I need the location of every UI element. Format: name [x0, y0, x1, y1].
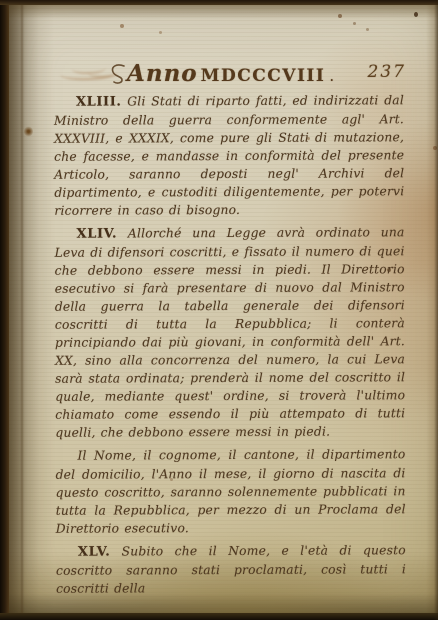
- article-xlv: XLV. Subito che il Nome, e l'età di ques…: [56, 541, 406, 598]
- article-number: XLIII.: [76, 94, 122, 109]
- foxing-spot: [366, 28, 369, 31]
- manuscript-photo: AnnoMDCCCVIII. 237 XLIII. Gli Stati di r…: [0, 0, 438, 620]
- foxing-spot: [414, 12, 418, 17]
- page-edge-top: [0, 0, 438, 5]
- book-binding: [0, 0, 9, 620]
- article-text: Allorché una Legge avrà ordinato una Lev…: [55, 225, 406, 440]
- article-number: XLV.: [78, 545, 111, 560]
- manuscript-page: AnnoMDCCCVIII. 237 XLIII. Gli Stati di r…: [8, 4, 438, 613]
- foxing-spot: [353, 22, 356, 25]
- foxing-spot: [120, 24, 124, 28]
- page-edge-right: [434, 0, 438, 620]
- page-heading: AnnoMDCCCVIII.: [110, 60, 334, 89]
- heading-roman-year: MDCCCVIII: [201, 66, 326, 86]
- manuscript-text: XLIII. Gli Stati di riparto fatti, ed in…: [54, 91, 406, 603]
- article-number: XLIV.: [76, 226, 117, 241]
- flourish-icon: [110, 63, 126, 89]
- article-text: Il Nome, il cognome, il cantone, il dipa…: [56, 447, 406, 536]
- article-xliv: XLIV. Allorché una Legge avrà ordinato u…: [54, 223, 405, 442]
- article-text: Gli Stati di riparto fatti, ed indirizza…: [54, 93, 404, 218]
- page-crease: [21, 0, 23, 620]
- heading-word: Anno: [127, 60, 198, 87]
- foxing-spot: [159, 31, 162, 34]
- article-xliii: XLIII. Gli Stati di riparto fatti, ed in…: [54, 91, 405, 220]
- heading-punct: .: [329, 67, 334, 85]
- foxing-spot: [338, 14, 342, 18]
- folio-number: 237: [368, 62, 406, 82]
- page-edge-bottom: [0, 613, 438, 620]
- gutter-shadow: [9, 0, 39, 620]
- article-xliv-continuation: Il Nome, il cognome, il cantone, il dipa…: [55, 445, 405, 538]
